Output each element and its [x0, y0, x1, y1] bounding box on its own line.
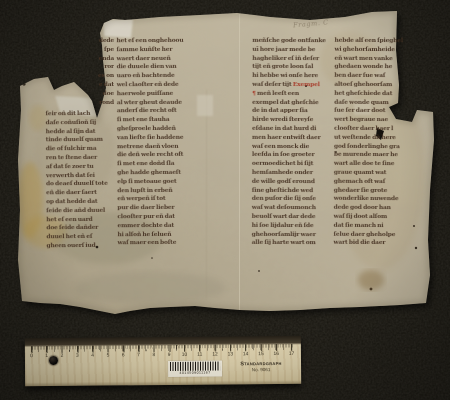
text-line: be murende maer he [334, 151, 414, 160]
text-line: ghemach oft waſ [334, 178, 414, 187]
text-line: anderſ die recht oft [117, 107, 193, 116]
text-line: den lupſt in erbeñ [117, 186, 193, 195]
barcode-bars [170, 362, 220, 371]
cm-label: 13 [228, 352, 234, 358]
text-line: wel claoſter eñ dede [117, 81, 193, 90]
ruler-brand-block: Standardgraph No. 9061 [225, 361, 297, 373]
right-leaf-column1: meñſche gode ontfankeuī hore jaar mede b… [252, 37, 327, 248]
cm-label: 11 [197, 353, 202, 359]
text-line: elp ſi metoaue goet [117, 178, 193, 187]
text-line: waſ een monck die [252, 142, 326, 151]
text-line: wi ghehorſamheide [334, 46, 414, 55]
ink-text: waſ deſer tijt [252, 81, 293, 88]
text-line: eñ wart men vanke [334, 54, 414, 63]
text-line: den puſor die ſij onſe [252, 195, 326, 204]
barcode-digits: 4014509011167 [168, 370, 222, 374]
text-line: gheen ouerſ iud [46, 242, 116, 251]
ruler-model: No. 9061 [225, 367, 297, 373]
right-leaf-column2: hebde alſ een ſpieghelwi ghehorſamheidee… [333, 37, 414, 249]
text-line: uī hore jaar mede be [252, 46, 326, 55]
cm-label: 9 [168, 353, 171, 359]
text-line: hebde alſ een ſpieghel [335, 37, 415, 46]
left-leaf-column1-fragment: dedeſpeendarores one datdoerond [90, 37, 114, 107]
text-line: leefda in ſoe groeter [252, 151, 326, 160]
text-line: e dat [90, 81, 114, 90]
text-line: rond [90, 99, 114, 108]
text-line: wart bid die daer [333, 239, 413, 248]
text-line: men haer entwiſt daer [252, 134, 326, 143]
text-line: waſ wat deſoumonch [252, 204, 326, 213]
text-line: ſpe [90, 46, 114, 55]
text-line: ſi met ene ſtauha [117, 116, 193, 125]
text-line: emmer dochte dat [117, 222, 193, 231]
text-line: altoeſ ghehoorſam [334, 81, 414, 90]
cm-label: 12 [212, 353, 218, 359]
text-line: graue quamt wat [334, 169, 414, 178]
text-line: haerwole puiſſane [117, 90, 193, 99]
text-line: ſi met ene doñd ſla [117, 160, 193, 169]
text-line: waſ maer een boſte [118, 239, 194, 248]
cm-label: 0 [30, 354, 33, 360]
text-line: de wille godſ eround [252, 178, 326, 187]
cm-label: 6 [122, 353, 125, 359]
left-leaf-column1: ſeir oñ dit lachdaſe coñuſioñ ſijhedde a… [46, 110, 117, 251]
text-line: de in dat apper ſia [252, 107, 326, 116]
text-line: hi hebbe wi onſe here [252, 72, 326, 81]
text-line: doe [90, 90, 114, 99]
text-line: het gheſchiede dat [334, 90, 414, 99]
text-line: pur die daer lieber [117, 204, 193, 213]
text-line: eñ werpeñ iſ tot [117, 195, 193, 204]
ink-text: meñ leeſt een [257, 90, 299, 97]
cm-label: 7 [137, 353, 140, 359]
text-line: clooſter pur eñ dat [117, 213, 193, 222]
text-line: wert begraue nae [334, 116, 414, 125]
photo-of-manuscript: Fragm. C dedeſpeendarores one datdoerond… [0, 0, 450, 400]
ruler: 01234567891011121314151617 4014509011167… [25, 336, 301, 386]
text-line: ſue ſer daer doot [334, 107, 414, 116]
barcode: 4014509011167 [168, 360, 222, 376]
cm-label: 5 [107, 353, 110, 359]
text-line: beuolſ wart dar dede [252, 213, 326, 222]
text-line: hemſamhede onder [252, 169, 326, 178]
text-line: es on [90, 72, 114, 81]
rubric-text: Exempel [293, 81, 320, 88]
text-line: daſe wonde quam [334, 98, 414, 107]
cm-label: 15 [258, 352, 264, 358]
cm-label: 4 [91, 354, 94, 360]
text-line: ¶ meñ leeſt een [252, 90, 326, 99]
text-line: waſ ſij doot alſom [334, 213, 414, 222]
cm-label: 16 [273, 352, 279, 358]
text-line: ben daer ſue waſ [334, 72, 414, 81]
text-line: ror [90, 63, 114, 72]
text-line: ghehoorſamlijr waer [252, 230, 326, 239]
text-line: die deñ wele recht oft [117, 151, 193, 160]
text-line: ſelue daer gheholpe [333, 230, 413, 239]
text-line: ut weſtende dñ here [334, 134, 414, 143]
text-line: wart alle doe te ſine [334, 160, 414, 169]
text-line: hi alſoñ he ſelueñ [117, 230, 193, 239]
text-line: waert daer neueñ [117, 54, 193, 63]
cm-label: 1 [45, 354, 48, 360]
text-line: eſdane in dat hurd di [252, 125, 326, 134]
text-line: ghe hadde ghemaeſt [117, 169, 193, 178]
cm-label: 14 [243, 352, 249, 358]
text-line: clooſter daer haer l [334, 125, 414, 134]
text-line: uaro eñ bachtende [117, 72, 193, 81]
text-line: ſine gheſtichde wed [252, 186, 326, 195]
text-line: het eſ een onghehoou [116, 37, 192, 46]
cm-label: 2 [61, 354, 64, 360]
text-line: dede [90, 37, 114, 46]
text-line: tijt eñ grote loon ſal [252, 63, 326, 72]
text-line: enda [90, 55, 114, 64]
text-line: hirde wredi ſtereyſe [252, 116, 326, 125]
text-line: die duuele dien van [117, 63, 193, 72]
text-line: dat ſie manch ni [334, 222, 414, 231]
left-leaf-column2: het eſ een onghehoouſamme kuñſte herwaer… [116, 37, 193, 249]
text-line: ghedaer ſie grote [334, 186, 414, 195]
text-line: meñſche gode ontfanke [252, 37, 326, 46]
text-line: hagheliker eſ iñ deſer [252, 54, 326, 63]
text-line: hi ſoe lijdalur eñ ſde [252, 222, 326, 231]
text-line: god ſonderlinghe gra [334, 142, 414, 151]
text-line: al wter gheut deaude [117, 98, 193, 107]
text-line: exempel dat gheſchie [252, 98, 326, 107]
repair-tape [197, 95, 213, 116]
text-line: ghedaen wonde he [334, 63, 414, 72]
cm-label: 17 [289, 352, 295, 358]
text-line: waſ deſer tijt Exempel [252, 81, 326, 90]
text-line: wonderlike nuwende [334, 195, 414, 204]
text-line: alle ſij harte wart om [252, 239, 326, 248]
text-line: gheſproele haddeñ [117, 125, 193, 134]
text-line: metrene daeñ vloen [117, 142, 193, 151]
text-line: van lieſte ſie haddene [117, 134, 193, 143]
cm-label: 3 [76, 354, 79, 360]
text-line: oermoedichet bi ſijt [252, 160, 326, 169]
cm-label: 10 [182, 353, 188, 359]
text-line: ſamme kuñſte her [116, 46, 192, 55]
ruler-hanging-hole [49, 356, 58, 365]
text-line: do deaeſ duuelſ tote [46, 180, 116, 189]
text-line: dede god door han [334, 204, 414, 213]
cm-label: 8 [152, 353, 155, 359]
